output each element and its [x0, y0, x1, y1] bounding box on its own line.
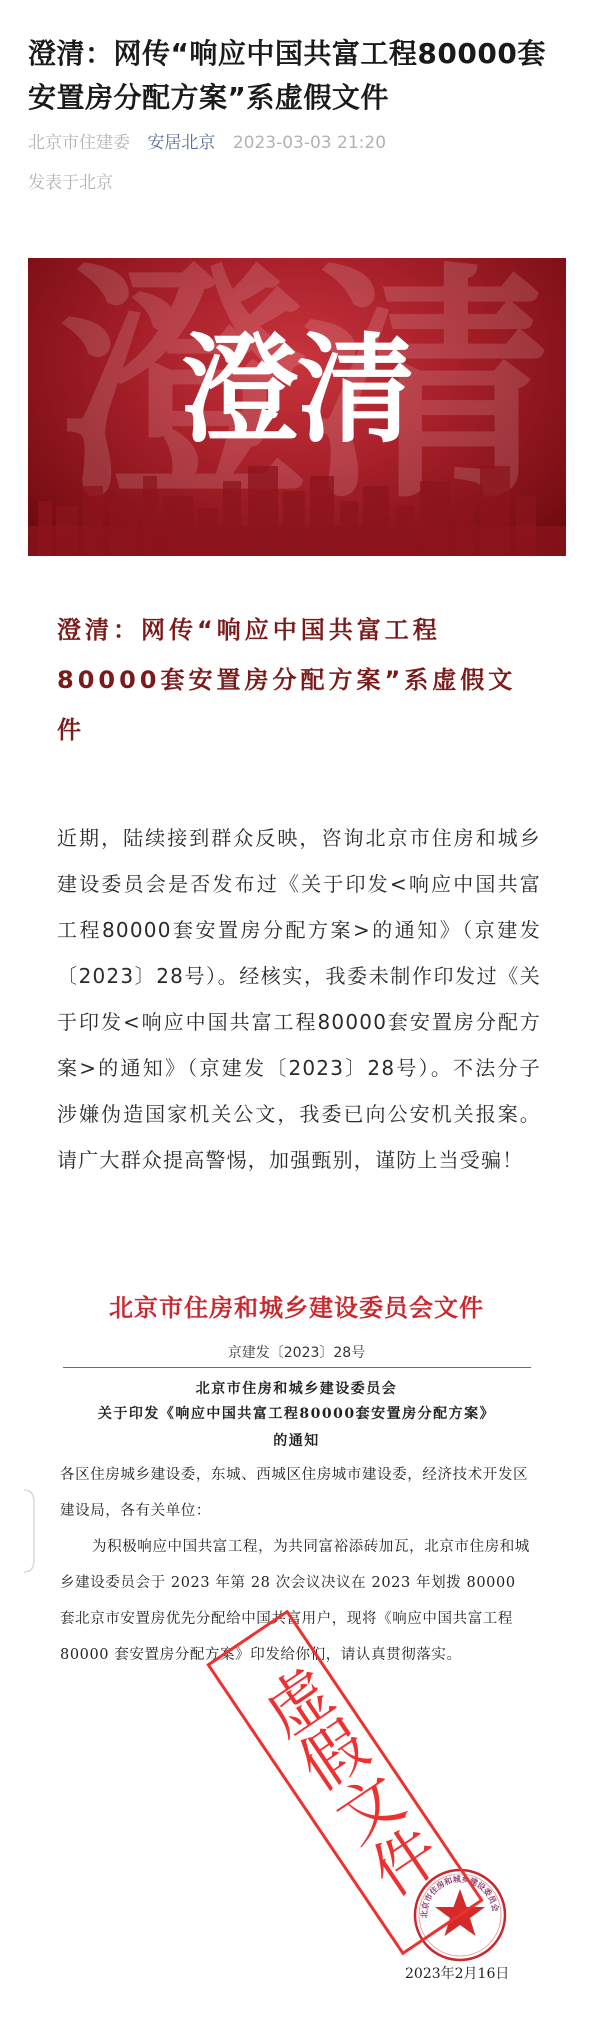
article-meta: 北京市住建委 安居北京 2023-03-03 21:20: [28, 130, 398, 156]
account-link[interactable]: 安居北京: [147, 133, 215, 153]
clarification-banner-image: 澄清 澄清: [28, 258, 566, 556]
city-skyline-icon: [28, 446, 566, 556]
document-number: 京建发〔2023〕28号: [0, 1342, 593, 1362]
article-title: 澄清：网传“响应中国共富工程80000套安置房分配方案”系虚假文件: [28, 32, 568, 120]
article-body: 近期，陆续接到群众反映，咨询北京市住房和城乡建设委员会是否发布过《关于印发<响应…: [57, 815, 541, 1183]
document-org: 北京市住房和城乡建设委员会: [0, 1378, 593, 1398]
document-subject-tail: 的通知: [0, 1430, 593, 1450]
document-date: 2023年2月16日: [405, 1963, 509, 1983]
document-subject: 关于印发《响应中国共富工程80000套安置房分配方案》: [0, 1403, 593, 1423]
banner-title: 澄清: [28, 320, 566, 460]
document-salutation: 各区住房城乡建设委，东城、西城区住房城市建设委，经济技术开发区建设局，各有关单位…: [60, 1457, 530, 1529]
article-subtitle: 澄清：网传“响应中国共富工程80000套安置房分配方案”系虚假文件: [57, 605, 542, 755]
author-name: 北京市住建委: [28, 133, 130, 153]
publish-location: 发表于北京: [28, 170, 113, 196]
document-header: 北京市住房和城乡建设委员会文件: [0, 1288, 593, 1323]
document-header-rule: [63, 1367, 531, 1368]
publish-time: 2023-03-03 21:20: [233, 133, 386, 153]
scroll-indicator-icon: [22, 1488, 36, 1574]
